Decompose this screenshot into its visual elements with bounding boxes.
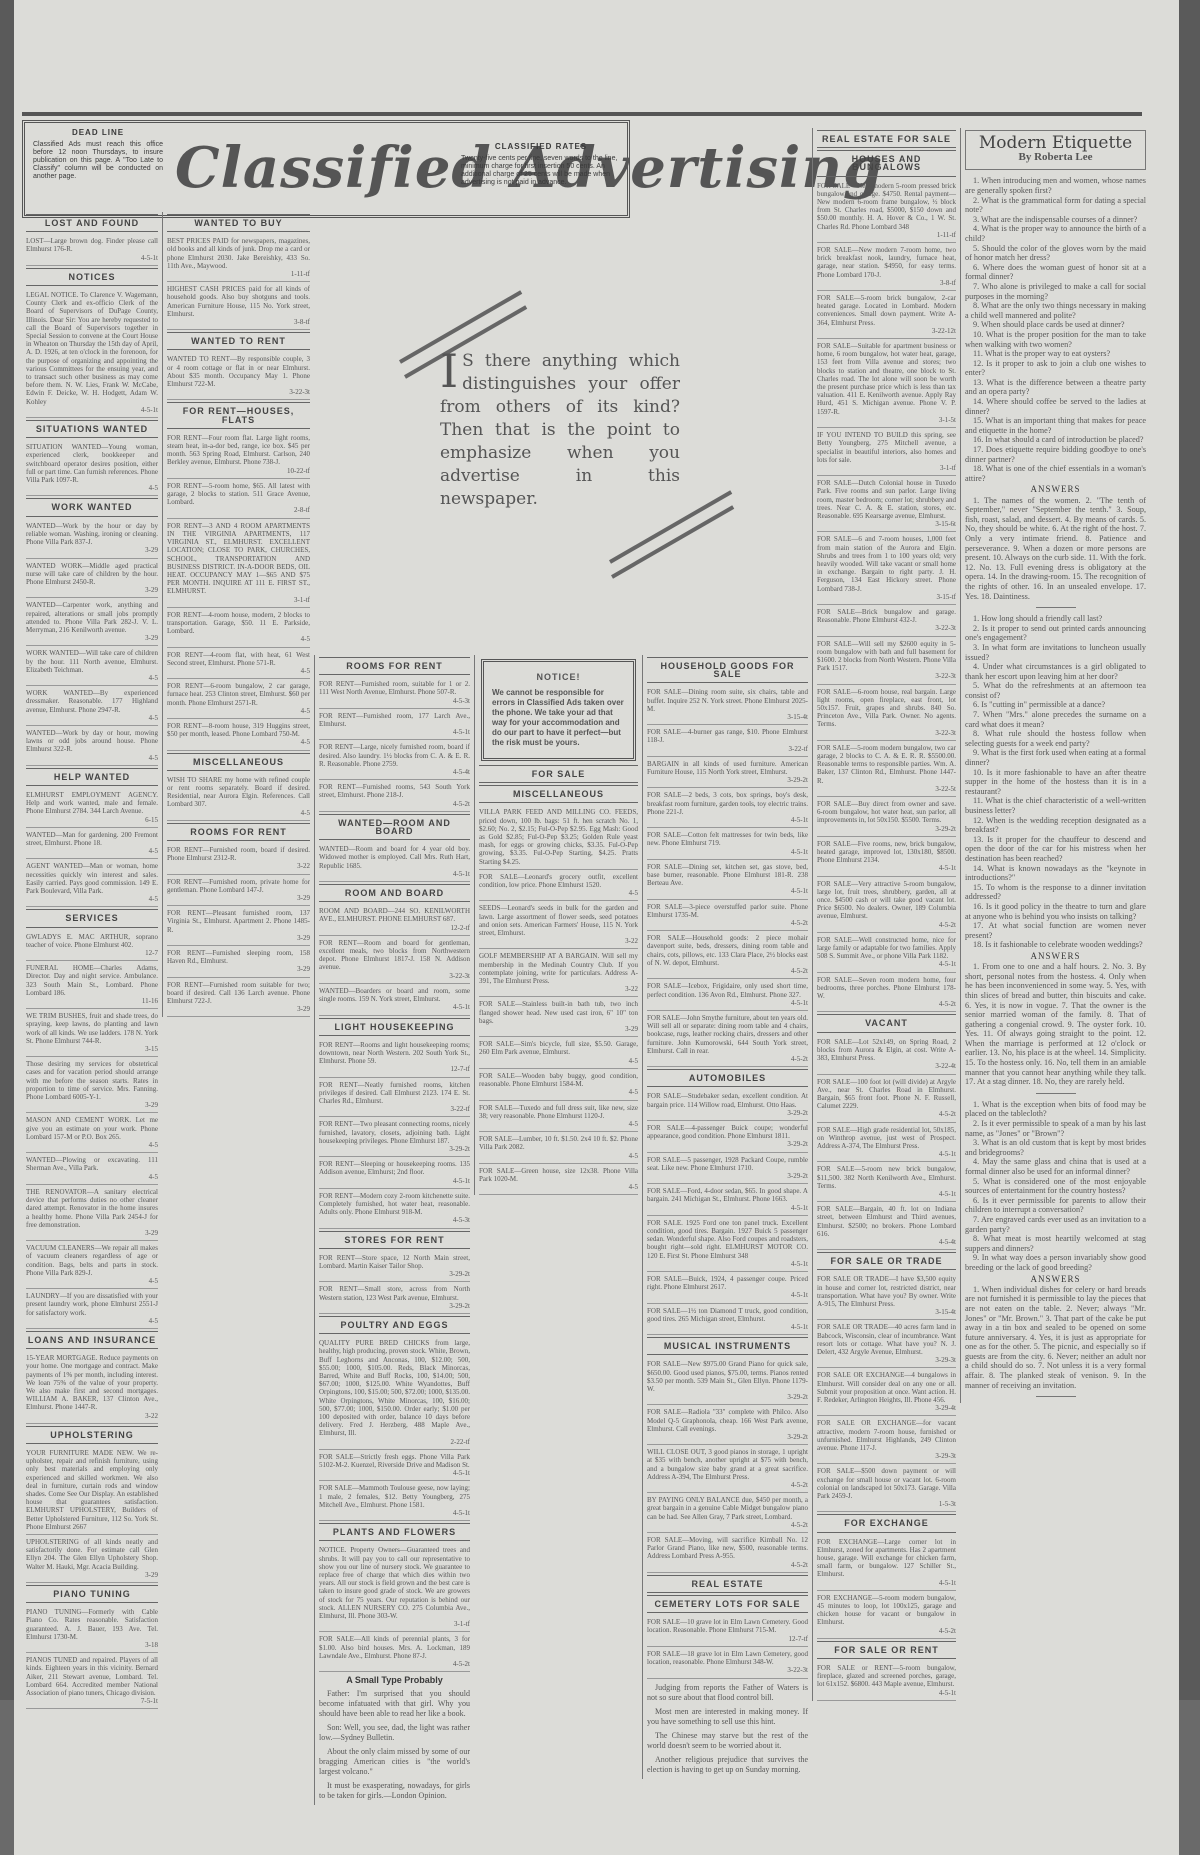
classified-ad: FOR SALE—Moving, will sacrifice Kimball … [647,1533,808,1573]
ad-code: 3-15-6t [817,520,956,528]
ad-text: FOR SALE—Lot 52x149, on Spring Road, 2 b… [817,1038,956,1062]
etiquette-question: 5. What is considered one of the most en… [965,1177,1146,1196]
ad-code: 4-5 [167,809,310,817]
etiquette-question: 6. Is "cutting in" permissible at a danc… [965,700,1146,710]
etiquette-question: 15. To whom is the response to a dinner … [965,883,1146,902]
ad-code: 3-29 [26,1101,158,1109]
classified-ad: FOR SALE—18 grave lot in Elm Lawn Cemete… [647,1647,808,1679]
ad-code: 3-29-3t [817,1452,956,1460]
rates-text: Twenty-five cents per line, seven words … [461,155,621,187]
ad-code: 4-5-2t [647,1481,808,1489]
classified-ad: FOR RENT—Furnished sleeping room, 158 Ha… [167,946,310,978]
section-heading: PLANTS AND FLOWERS [319,1523,470,1541]
classified-ad: WANTED—Plowing or excavating. 111 Sherma… [26,1153,158,1185]
etiquette-question: 16. In what should a card of introductio… [965,435,1146,445]
etiquette-question: 11. What is the chief characteristic of … [965,796,1146,815]
etiquette-question: 18. Is it fashionable to celebrate woode… [965,940,1146,950]
ad-text: WANTED—Plowing or excavating. 111 Sherma… [26,1156,158,1172]
etiquette-question: 10. What is the proper position for the … [965,330,1146,349]
classified-ad: BEST PRICES PAID for newspapers, magazin… [167,234,310,282]
rates-heading: CLASSIFIED RATES [461,143,621,151]
ad-code: 2-22-tf [319,1438,470,1446]
ad-code: 3-29-2t [817,825,956,833]
ad-text: MASON AND CEMENT WORK. Let me give you a… [26,1116,158,1140]
classified-ad: MASON AND CEMENT WORK. Let me give you a… [26,1113,158,1153]
notice-box: NOTICE!We cannot be responsible for erro… [481,659,636,761]
ad-text: WISH TO SHARE my home with refined coupl… [167,776,310,809]
filler-paragraph: Father: I'm surprised that you should be… [319,1689,470,1719]
ad-code: 4-5-1t [647,816,808,824]
etiquette-answers: 1. When individual dishes for celery or … [965,1285,1146,1391]
promo-text: S there anything which distinguishes you… [440,351,680,509]
ad-text: FOR RENT—Furnished sleeping room, 158 Ha… [167,949,310,965]
ad-text: WORK WANTED—Will take care of children b… [26,649,158,673]
ad-code: 4-5-1t [319,870,470,878]
section-heading: AUTOMOBILES [647,1069,808,1087]
ad-code: 3-29 [26,586,158,594]
etiquette-question: 8. What are the only two things necessar… [965,301,1146,320]
ad-text: FOR SALE—10 grave lot in Elm Lawn Cemete… [647,1618,808,1634]
ad-code: 4-5-1t [319,728,470,736]
column-4: NOTICE!We cannot be responsible for erro… [474,655,642,1195]
ad-text: FOR SALE—Stainless built-in bath tub, tw… [479,1000,638,1024]
ad-text: FOR SALE—New $975.00 Grand Piano for qui… [647,1360,808,1393]
ad-text: GWLADYS E. MAC ARTHUR, soprano teacher o… [26,933,158,949]
ad-code: 3-1-tf [817,464,956,472]
ad-code: 4-5 [26,895,158,903]
ad-code: 4-5 [26,1173,158,1181]
classified-ad: FOR RENT—Room and board for gentleman, e… [319,936,470,984]
classified-ad: GWLADYS E. MAC ARTHUR, soprano teacher o… [26,930,158,962]
ad-text: FOR SALE—Dining room suite, six chairs, … [647,688,808,712]
etiquette-question: 10. Is it more fashionable to have an af… [965,768,1146,797]
ad-code: 4-5-1t [647,1204,808,1212]
ad-text: FOR SALE—3-piece overstuffed parlor suit… [647,903,808,919]
ad-text: FOR RENT—6-room bungalow, 2 car garage, … [167,682,310,706]
ad-code: 4-5 [167,667,310,675]
ad-code: 3-22-4t [817,1062,956,1070]
ad-code: 4-5-1t [647,999,808,1007]
ad-code: 3-29-2t [647,776,808,784]
classified-ad: Those desiring my services for obstetric… [26,1057,158,1113]
classified-ad: FOR RENT—4-room flat, with heat, 61 West… [167,648,310,680]
ad-code: 3-15-tf [817,593,956,601]
classified-ad: WORK WANTED—By experienced dressmaker. R… [26,686,158,726]
ad-text: FOR SALE—Buick, 1924, 4 passenger coupe.… [647,1275,808,1291]
classified-ad: FOR SALE—Will sell my $2600 equity in 5-… [817,637,956,685]
classified-ad: FOR SALE—10 grave lot in Elm Lawn Cemete… [647,1615,808,1647]
classified-ad: PIANOS TUNED and repaired. Players of al… [26,1653,158,1709]
ad-text: FOR SALE—Green house, size 12x38. Phone … [479,1167,638,1183]
classified-ad: LEGAL NOTICE. To Clarence V. Wagemann, C… [26,288,158,418]
ad-text: FOR EXCHANGE—Large corner lot in Elmhurs… [817,1538,956,1579]
ad-code: 4-5-3t [319,1216,470,1224]
classified-ad: FOR SALE—Household goods: 2 piece mohair… [647,931,808,979]
ad-code: 4-5 [26,1317,158,1325]
ad-text: IF YOU INTEND TO BUILD this spring, see … [817,431,956,464]
classified-ad: FOR RENT—Large, nicely furnished room, b… [319,740,470,780]
section-heading: HOUSES AND BUNGALOWS [817,150,956,176]
ad-code: 3-29 [167,934,310,942]
classified-ad: FOR RENT—Furnished room suitable for two… [167,978,310,1018]
classified-ad: FOR SALE—New modern 7-room home, two bri… [817,243,956,291]
promo-ad: I S there anything which distinguishes y… [440,350,680,511]
section-heading: VACANT [817,1014,956,1032]
ad-text: FOR SALE—18 grave lot in Elm Lawn Cemete… [647,1650,808,1666]
filler-paragraph: The Chinese may starve but the rest of t… [647,1731,808,1751]
classified-ad: FOR RENT—Store space, 12 North Main stre… [319,1251,470,1283]
classified-ad: FOR RENT—5-room home, $65. All latest wi… [167,479,310,519]
etiquette-question: 13. What is the difference between a the… [965,378,1146,397]
classified-ad: WANTED—Work by the hour or day by reliab… [26,519,158,559]
classified-ad: FOR SALE—Dining set, kitchen set, gas st… [647,860,808,900]
section-heading: ROOMS FOR RENT [319,657,470,675]
ad-text: YOUR FURNITURE MADE NEW. We re-upholster… [26,1449,158,1531]
ad-code: 3-22-3t [647,1666,808,1674]
ad-code: 3-22 [479,937,638,945]
classified-ad: LAUNDRY—If you are dissatisfied with you… [26,1289,158,1329]
etiquette-question: 12. Is it proper to ask to join a club o… [965,359,1146,378]
ad-text: PIANO TUNING—Formerly with Cable Piano C… [26,1608,158,1641]
ad-text: FOR RENT—Pleasant furnished room, 137 Vi… [167,909,310,933]
ad-text: WANTED—Boarders or board and room, some … [319,987,470,1003]
ad-text: WANTED—Work by the hour or day by reliab… [26,522,158,546]
classified-ad: SEEDS—Leonard's seeds in bulk for the ga… [479,901,638,949]
classified-ad: FOR SALE. 1925 Ford one ton panel truck.… [647,1216,808,1272]
ad-text: FOR SALE—Well constructed home, nice for… [817,936,956,960]
ad-text: FOR RENT—Four room flat. Large light roo… [167,434,310,467]
column-3: ROOMS FOR RENTFOR RENT—Furnished room, s… [314,655,474,1805]
classified-ad: FOR RENT—Furnished room, board if desire… [167,843,310,875]
ad-text: FOR SALE OR EXCHANGE—4 bungalows in Elmh… [817,1371,956,1404]
column-6: REAL ESTATE FOR SALEHOUSES AND BUNGALOWS… [812,128,960,1701]
ad-text: FOR SALE. 1925 Ford one ton panel truck.… [647,1219,808,1260]
ad-code: 4-5 [479,1183,638,1191]
classified-ad: WANTED—Work by day or hour, mowing lawns… [26,726,158,766]
ad-text: FOR SALE OR TRADE—I have $3,500 equity i… [817,1275,956,1308]
ad-code: 3-22-tf [647,745,808,753]
ad-code: 4-5 [26,754,158,762]
ad-text: FOR SALE—Lumber, 10 ft. $1.50. 2x4 10 ft… [479,1135,638,1151]
ad-code: 4-5-2t [647,1521,808,1529]
ad-text: FOR SALE—New modern 7-room home, two bri… [817,246,956,279]
classified-ad: WANTED—Man for gardening. 200 Fremont st… [26,828,158,860]
ad-code: 1-11-tf [817,231,956,239]
classified-ad: GOLF MEMBERSHIP AT A BARGAIN. Will sell … [479,949,638,997]
ad-code: 3-15-4t [817,1308,956,1316]
etiquette-question: 1. When introducing men and women, whose… [965,176,1146,195]
ad-code: 4-5 [26,484,158,492]
filler-paragraph: Another religious prejudice that survive… [647,1755,808,1775]
etiquette-question: 14. What is known nowadays as the "keyno… [965,864,1146,883]
etiquette-answers: 1. The names of the women. 2. "The tenth… [965,496,1146,602]
ad-text: FOR RENT—4-room flat, with heat, 61 West… [167,651,310,667]
ad-code: 3-29-2t [319,1302,470,1310]
ad-text: FOR RENT—Neatly furnished rooms, kitchen… [319,1081,470,1105]
ad-code: 4-5-1t [817,960,956,968]
etiquette-question: 12. When is the wedding reception design… [965,816,1146,835]
ad-text: FOR SALE—Seven room modern home, four be… [817,976,956,1000]
ad-code: 4-5-1t [817,1689,956,1697]
ad-text: FOR SALE—Radiola "33" complete with Phil… [647,1408,808,1432]
etiquette-question: 8. What meat is most heartily welcomed a… [965,1234,1146,1253]
ad-text: FOR RENT—Furnished room, private home fo… [167,878,310,894]
classified-ad: FOR RENT—Small store, across from North … [319,1282,470,1314]
ad-text: FOR SALE—5-room modern bungalow, two car… [817,744,956,785]
classified-ad: WANTED TO RENT—By responsible couple, 3 … [167,352,310,400]
ad-text: BY PAYING ONLY BALANCE due, $450 per mon… [647,1496,808,1520]
etiquette-question: 7. Who alone is privileged to make a cal… [965,282,1146,301]
ad-text: LOST—Large brown dog. Finder please call… [26,237,158,253]
etiquette-question: 9. When should place cards be used at di… [965,320,1146,330]
classified-ad: BARGAIN in all kinds of used furniture. … [647,757,808,789]
classified-ad: ELMHURST EMPLOYMENT AGENCY. Help and wor… [26,788,158,828]
ad-code: 4-5-1t [647,848,808,856]
classified-ad: BY PAYING ONLY BALANCE due, $450 per mon… [647,1493,808,1533]
ad-code: 4-5-2t [647,1561,808,1569]
classified-ad: VILLA PARK FEED AND MILLING CO. FEEDS, p… [479,805,638,869]
classified-ad: FOR RENT—Furnished room, suitable for 1 … [319,677,470,709]
ad-code: 3-15 [26,1045,158,1053]
classified-ad: PIANO TUNING—Formerly with Cable Piano C… [26,1605,158,1653]
ad-text: ELMHURST EMPLOYMENT AGENCY. Help and wor… [26,791,158,815]
column-1: LOST AND FOUNDLOST—Large brown dog. Find… [22,212,162,1709]
ad-code: 4-5 [26,1277,158,1285]
classified-ad: FOR RENT—Sleeping or housekeeping rooms.… [319,1157,470,1189]
etiquette-question: 15. What is an important thing that make… [965,416,1146,435]
ad-text: FOR SALE—Tuxedo and full dress suit, lik… [479,1104,638,1120]
ad-code: 3-1-tf [167,596,310,604]
classified-ad: FOR EXCHANGE—5-room modern bungalow, 45 … [817,1591,956,1639]
ad-text: WANTED—Room and board for 4 year old boy… [319,845,470,869]
etiquette-question: 1. How long should a friendly call last? [965,614,1146,624]
ad-text: SITUATION WANTED—Young woman, experience… [26,443,158,484]
ad-code: 4-5-1t [319,1003,470,1011]
section-heading: CEMETERY LOTS FOR SALE [647,1595,808,1613]
section-heading: WANTED—ROOM AND BOARD [319,814,470,840]
ad-code: 3-29-2t [647,1393,808,1401]
classified-ad: FOR RENT—3 AND 4 ROOM APARTMENTS IN THE … [167,519,310,608]
classified-ad: FOR RENT—Furnished room, private home fo… [167,875,310,907]
ad-code: 4-5 [479,1088,638,1096]
section-heading: SERVICES [26,909,158,927]
ad-code: 3-29-3t [817,1356,956,1364]
ad-code: 7-5-1t [26,1697,158,1705]
ad-text: FOR SALE—Suitable for apartment business… [817,342,956,416]
ad-text: WANTED TO RENT—By responsible couple, 3 … [167,355,310,388]
ad-code: 4-5-2t [817,1627,956,1635]
ad-code: 4-5-1t [647,887,808,895]
ad-text: FOR SALE OR EXCHANGE—for vacant attracti… [817,1419,956,1452]
classified-ad: FOR SALE—6-room house, real bargain. Lar… [817,685,956,741]
classified-ad: FOR SALE—5-room new brick bungalow, $11,… [817,1162,956,1202]
classified-ad: FOR RENT—Neatly furnished rooms, kitchen… [319,1078,470,1118]
ad-text: FOR SALE—2 beds, 3 cots, box springs, bo… [647,791,808,815]
filler-heading: A Small Type Probably [319,1676,470,1684]
classified-ad: FOR SALE—Studebaker sedan, excellent con… [647,1089,808,1121]
etiquette-question: 2. Is it proper to send out printed card… [965,624,1146,643]
ad-code: 3-22-tf [319,1105,470,1113]
ad-text: FOR SALE—Household goods: 2 piece mohair… [647,934,808,967]
ad-text: FOR SALE—Strictly fresh eggs. Phone Vill… [319,1453,470,1469]
ad-code: 3-22 [167,862,310,870]
ad-code: 3-22-3t [817,672,956,680]
etiquette-question: 6. Where does the woman guest of honor s… [965,263,1146,282]
ad-code: 3-29-2t [647,1433,808,1441]
section-heading: NOTICES [26,268,158,286]
ad-code: 3-18 [26,1641,158,1649]
ad-code: 4-5-1t [319,1469,470,1477]
answers-heading: ANSWERS [965,952,1146,960]
classified-ad: WILL CLOSE OUT, 3 good pianos in storage… [647,1445,808,1493]
etiquette-question: 17. Does etiquette require bidding goodb… [965,445,1146,464]
ad-code: 12-7-tf [319,1065,470,1073]
classified-ad: WANTED—Boarders or board and room, some … [319,984,470,1016]
section-heading: REAL ESTATE FOR SALE [817,130,956,148]
classified-ad: FOR RENT—6-room bungalow, 2 car garage, … [167,679,310,719]
ad-text: FOR SALE—6 and 7-room houses, 1,000 feet… [817,535,956,592]
classified-ad: FOR RENT—Rooms and light housekeeping ro… [319,1038,470,1078]
ad-code: 3-22-3t [167,388,310,396]
ad-text: WANTED WORK—Middle aged practical nurse … [26,562,158,586]
ad-text: FOR SALE—4-passenger Buick coupe; wonder… [647,1124,808,1140]
ad-text: FOR RENT—Small store, across from North … [319,1285,470,1301]
classified-ad: FOR SALE—Lumber, 10 ft. $1.50. 2x4 10 ft… [479,1132,638,1164]
ad-code: 4-5-2t [319,1660,470,1668]
ad-text: FOR RENT—Furnished room, board if desire… [167,846,310,862]
etiquette-question: 16. Is it good policy in the theatre to … [965,902,1146,921]
classified-ad: FOR RENT—Two pleasant connecting rooms, … [319,1117,470,1157]
classified-ad: THE RENOVATOR—A sanitary electrical devi… [26,1185,158,1241]
ad-text: FOR SALE—Very attractive 5-room bungalow… [817,880,956,921]
etiquette-question: 3. What are the indispensable courses of… [965,215,1146,225]
classified-ad: FOR SALE—Buick, 1924, 4 passenger coupe.… [647,1272,808,1304]
ad-text: FOR RENT—Furnished room suitable for two… [167,981,310,1005]
ad-text: WILL CLOSE OUT, 3 good pianos in storage… [647,1448,808,1481]
ad-text: FOR RENT—8-room house, 319 Huggins stree… [167,722,310,738]
ad-text: FOR SALE—Icebox, Frigidaire, only used s… [647,982,808,998]
classified-ad: FOR SALE—Well constructed home, nice for… [817,933,956,973]
ad-code: 3-22-12t [817,327,956,335]
etiquette-question: 5. What do the refreshments at an aftern… [965,681,1146,700]
filler-paragraph: Son: Well, you see, dad, the light was r… [319,1723,470,1743]
ad-text: UPHOLSTERING of all kinds neatly and sat… [26,1538,158,1571]
ad-text: WORK WANTED—By experienced dressmaker. R… [26,689,158,713]
filler-paragraph: Most men are interested in making money.… [647,1707,808,1727]
ad-code: 4-5-2t [647,967,808,975]
classified-ad: FUNERAL HOME—Charles Adams, Director. Da… [26,961,158,1009]
ad-code: 4-5 [479,1120,638,1128]
classified-ad: FOR RENT—Pleasant furnished room, 137 Vi… [167,906,310,946]
ad-code: 3-15-4t [647,713,808,721]
answers-heading: ANSWERS [965,1275,1146,1283]
ad-text: FOR SALE—John Smythe furniture, about te… [647,1014,808,1055]
ad-code: 3-29-2t [319,1145,470,1153]
ad-code: 4-5-1t [817,1150,956,1158]
classified-ad: FOR SALE—Mammoth Toulouse geese, now lay… [319,1481,470,1521]
ad-code: 4-5 [479,1057,638,1065]
classified-ad: WORK WANTED—Will take care of children b… [26,646,158,686]
etiquette-question: 17. At what social function are women ne… [965,921,1146,940]
classified-ad: FOR EXCHANGE—Large corner lot in Elmhurs… [817,1535,956,1591]
classified-ad: FOR SALE—Cotton felt mattresses for twin… [647,828,808,860]
classified-ad: FOR SALE—100 foot lot (will divide) at A… [817,1075,956,1123]
classified-ad: WANTED—Carpenter work, anything and repa… [26,598,158,646]
section-heading: LIGHT HOUSEKEEPING [319,1018,470,1036]
classified-ad: VACUUM CLEANERS—We repair all makes of v… [26,1241,158,1289]
ad-code: 4-5-1t [319,1509,470,1517]
etiquette-question: 14. Where should coffee be served to the… [965,397,1146,416]
ad-code: 1-11-tf [167,270,310,278]
classified-ad: SITUATION WANTED—Young woman, experience… [26,440,158,496]
classified-ad: WANTED WORK—Middle aged practical nurse … [26,559,158,599]
ad-text: FOR RENT—Sleeping or housekeeping rooms.… [319,1160,470,1176]
classified-ad: FOR SALE—Radiola "33" complete with Phil… [647,1405,808,1445]
ad-code: 3-22 [26,1412,158,1420]
classified-ad: FOR SALE—5-room modern bungalow, two car… [817,741,956,797]
ad-text: FOR SALE—Cotton felt mattresses for twin… [647,831,808,847]
classified-ad: FOR SALE—5-room brick bungalow, 2-car he… [817,291,956,339]
ad-text: FOR SALE—Buy direct from owner and save.… [817,800,956,824]
classified-ad: FOR RENT—Furnished room, 177 Larch Ave.,… [319,709,470,741]
section-heading: LOST AND FOUND [26,214,158,232]
classified-ad: FOR SALE—5 passenger, 1928 Packard Coupe… [647,1153,808,1185]
ad-code: 3-1-tf [319,1620,470,1628]
classified-ad: FOR SALE—1½ ton Diamond T truck, good co… [647,1304,808,1336]
ad-text: FOR RENT—4-room house, modern, 2 blocks … [167,611,310,635]
ad-code: 12-2-tf [319,924,470,932]
ad-text: FOR SALE—4-burner gas range, $10. Phone … [647,728,808,744]
ad-text: FOR RENT—Store space, 12 North Main stre… [319,1254,470,1270]
section-heading: FOR SALE [479,765,638,783]
etiquette-question: 13. Is it proper for the chauffeur to de… [965,835,1146,864]
classified-ad: FOR SALE—Very attractive 5-room bungalow… [817,877,956,933]
ad-code: 4-5-1t [817,1190,956,1198]
ad-text: SEEDS—Leonard's seeds in bulk for the ga… [479,904,638,937]
ad-code: 3-8-tf [817,279,956,287]
ad-code: 3-29-2t [647,1109,808,1117]
ad-code: 3-22 [479,985,638,993]
section-heading: ROOMS FOR RENT [167,823,310,841]
drop-cap: I [440,352,458,390]
ad-code: 3-29 [26,1571,158,1579]
ad-text: WANTED—Man for gardening. 200 Fremont st… [26,831,158,847]
ad-text: FOR SALE—Dining set, kitchen set, gas st… [647,863,808,887]
ad-text: FOR RENT—Furnished room, suitable for 1 … [319,680,470,696]
etiquette-question: 1. What is the exception when bits of fo… [965,1100,1146,1119]
classified-ad: HIGHEST CASH PRICES paid for all kinds o… [167,282,310,330]
ad-text: FOR SALE—Brick bungalow and garage. Reas… [817,608,956,624]
classified-ad: FOR RENT—4-room house, modern, 2 blocks … [167,608,310,648]
ad-code: 3-1-5t [817,416,956,424]
classified-ad: FOR SALE—3-piece overstuffed parlor suit… [647,900,808,932]
column-5: HOUSEHOLD GOODS FOR SALEFOR SALE—Dining … [642,655,812,1779]
filler-paragraph: About the only claim missed by some of o… [319,1747,470,1777]
ad-text: FOR EXCHANGE—5-room modern bungalow, 45 … [817,1594,956,1627]
classified-ad: FOR SALE—Strictly fresh eggs. Phone Vill… [319,1450,470,1482]
section-heading: STORES FOR RENT [319,1231,470,1249]
ad-text: FOR SALE—100 foot lot (will divide) at A… [817,1078,956,1111]
ad-code: 4-5-1t [647,1291,808,1299]
ad-text: WANTED—Carpenter work, anything and repa… [26,601,158,634]
classified-ad: FOR SALE—Sim's bicycle, full size, $5.50… [479,1037,638,1069]
section-heading: SITUATIONS WANTED [26,420,158,438]
classified-ad: FOR SALE—Suitable for apartment business… [817,339,956,428]
etiquette-question: 4. May the same glass and china that is … [965,1157,1146,1176]
ad-text: FOR RENT—Modern cozy 2-room kitchenette … [319,1192,470,1216]
ad-code: 4-5-2t [647,1055,808,1063]
ad-code: 1-5-3t [817,1500,956,1508]
